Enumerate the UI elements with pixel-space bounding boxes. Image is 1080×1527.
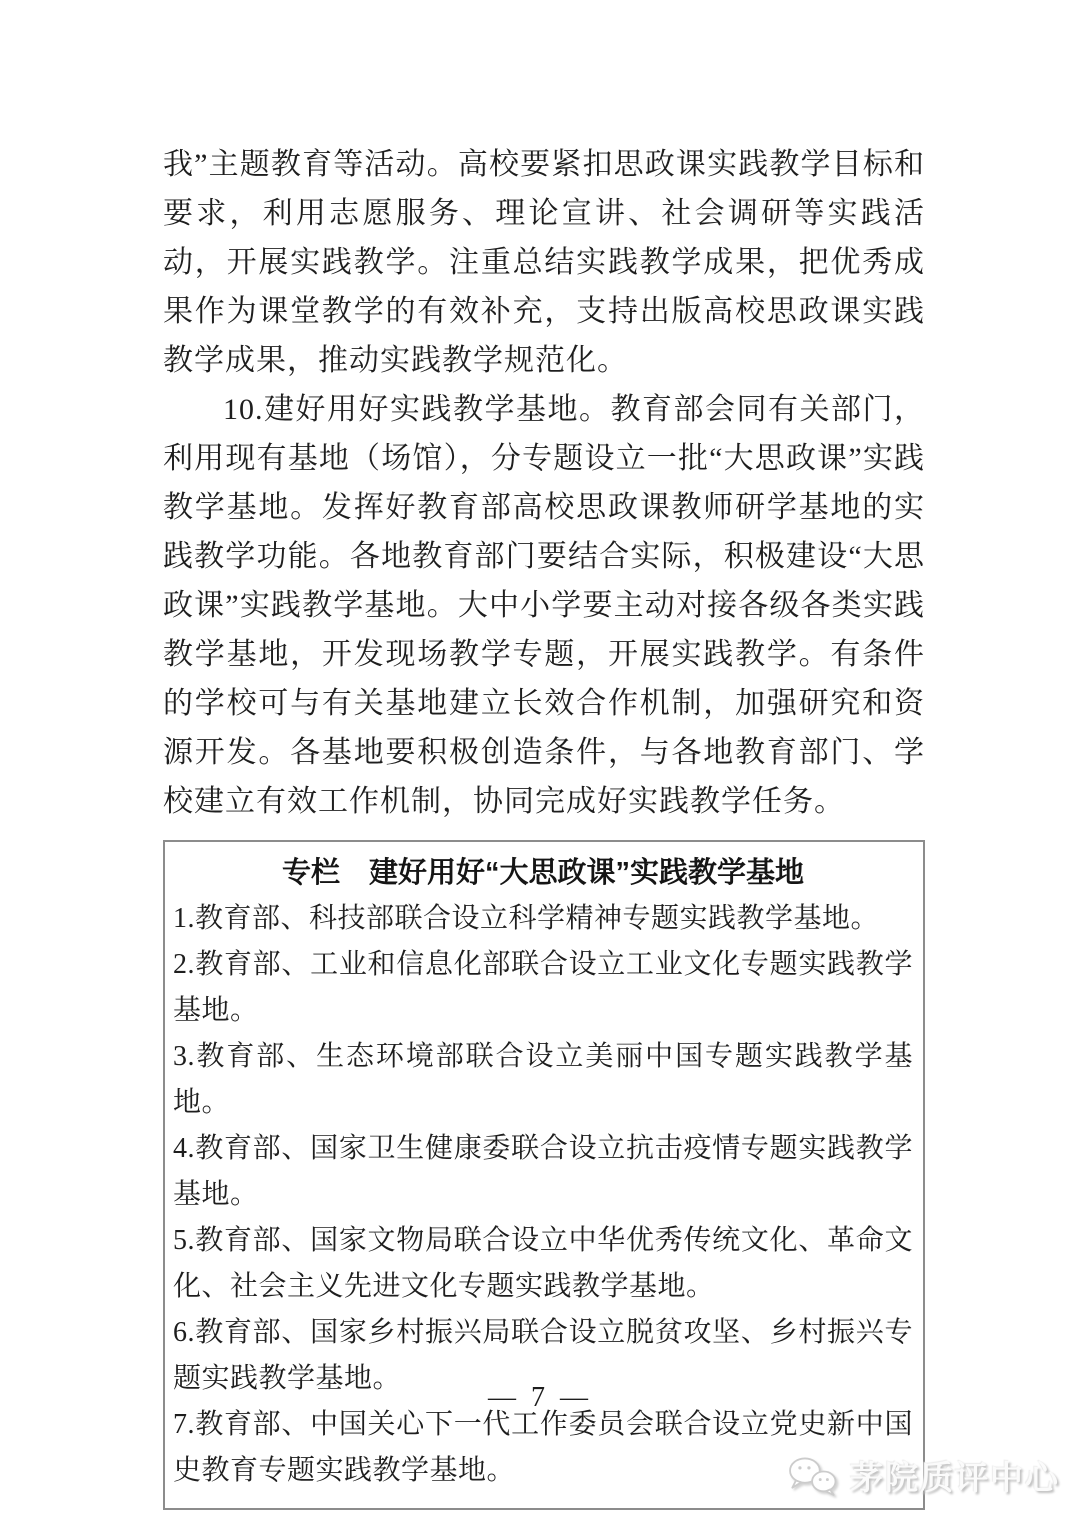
column-box-item-5: 5.教育部、国家文物局联合设立中华优秀传统文化、革命文化、社会主义先进文化专题实… — [173, 1218, 913, 1310]
watermark: 茅院质评中心 — [786, 1452, 1060, 1499]
watermark-label: 茅院质评中心 — [850, 1452, 1060, 1499]
paragraph-item-10: 10.建好用好实践教学基地。教育部会同有关部门，利用现有基地（场馆），分专题设立… — [163, 385, 925, 826]
paragraph-item-10-lead: 10.建好用好实践教学基地。 — [223, 393, 611, 426]
paragraph-item-10-body: 教育部会同有关部门，利用现有基地（场馆），分专题设立一批“大思政课”实践教学基地… — [163, 393, 925, 818]
document-page: 我”主题教育等活动。高校要紧扣思政课实践教学目标和要求，利用志愿服务、理论宣讲、… — [0, 0, 1080, 1527]
column-box-item-2: 2.教育部、工业和信息化部联合设立工业文化专题实践教学基地。 — [173, 942, 913, 1034]
document-body: 我”主题教育等活动。高校要紧扣思政课实践教学目标和要求，利用志愿服务、理论宣讲、… — [163, 140, 925, 1510]
page-number: — 7 — — [0, 1382, 1080, 1414]
column-box-item-1: 1.教育部、科技部联合设立科学精神专题实践教学基地。 — [173, 896, 913, 942]
column-box-item-4: 4.教育部、国家卫生健康委联合设立抗击疫情专题实践教学基地。 — [173, 1126, 913, 1218]
column-box-title: 专栏 建好用好“大思政课”实践教学基地 — [173, 850, 913, 896]
paragraph-continuation: 我”主题教育等活动。高校要紧扣思政课实践教学目标和要求，利用志愿服务、理论宣讲、… — [163, 140, 925, 385]
wechat-icon — [786, 1456, 840, 1496]
column-box-item-3: 3.教育部、生态环境部联合设立美丽中国专题实践教学基地。 — [173, 1034, 913, 1126]
